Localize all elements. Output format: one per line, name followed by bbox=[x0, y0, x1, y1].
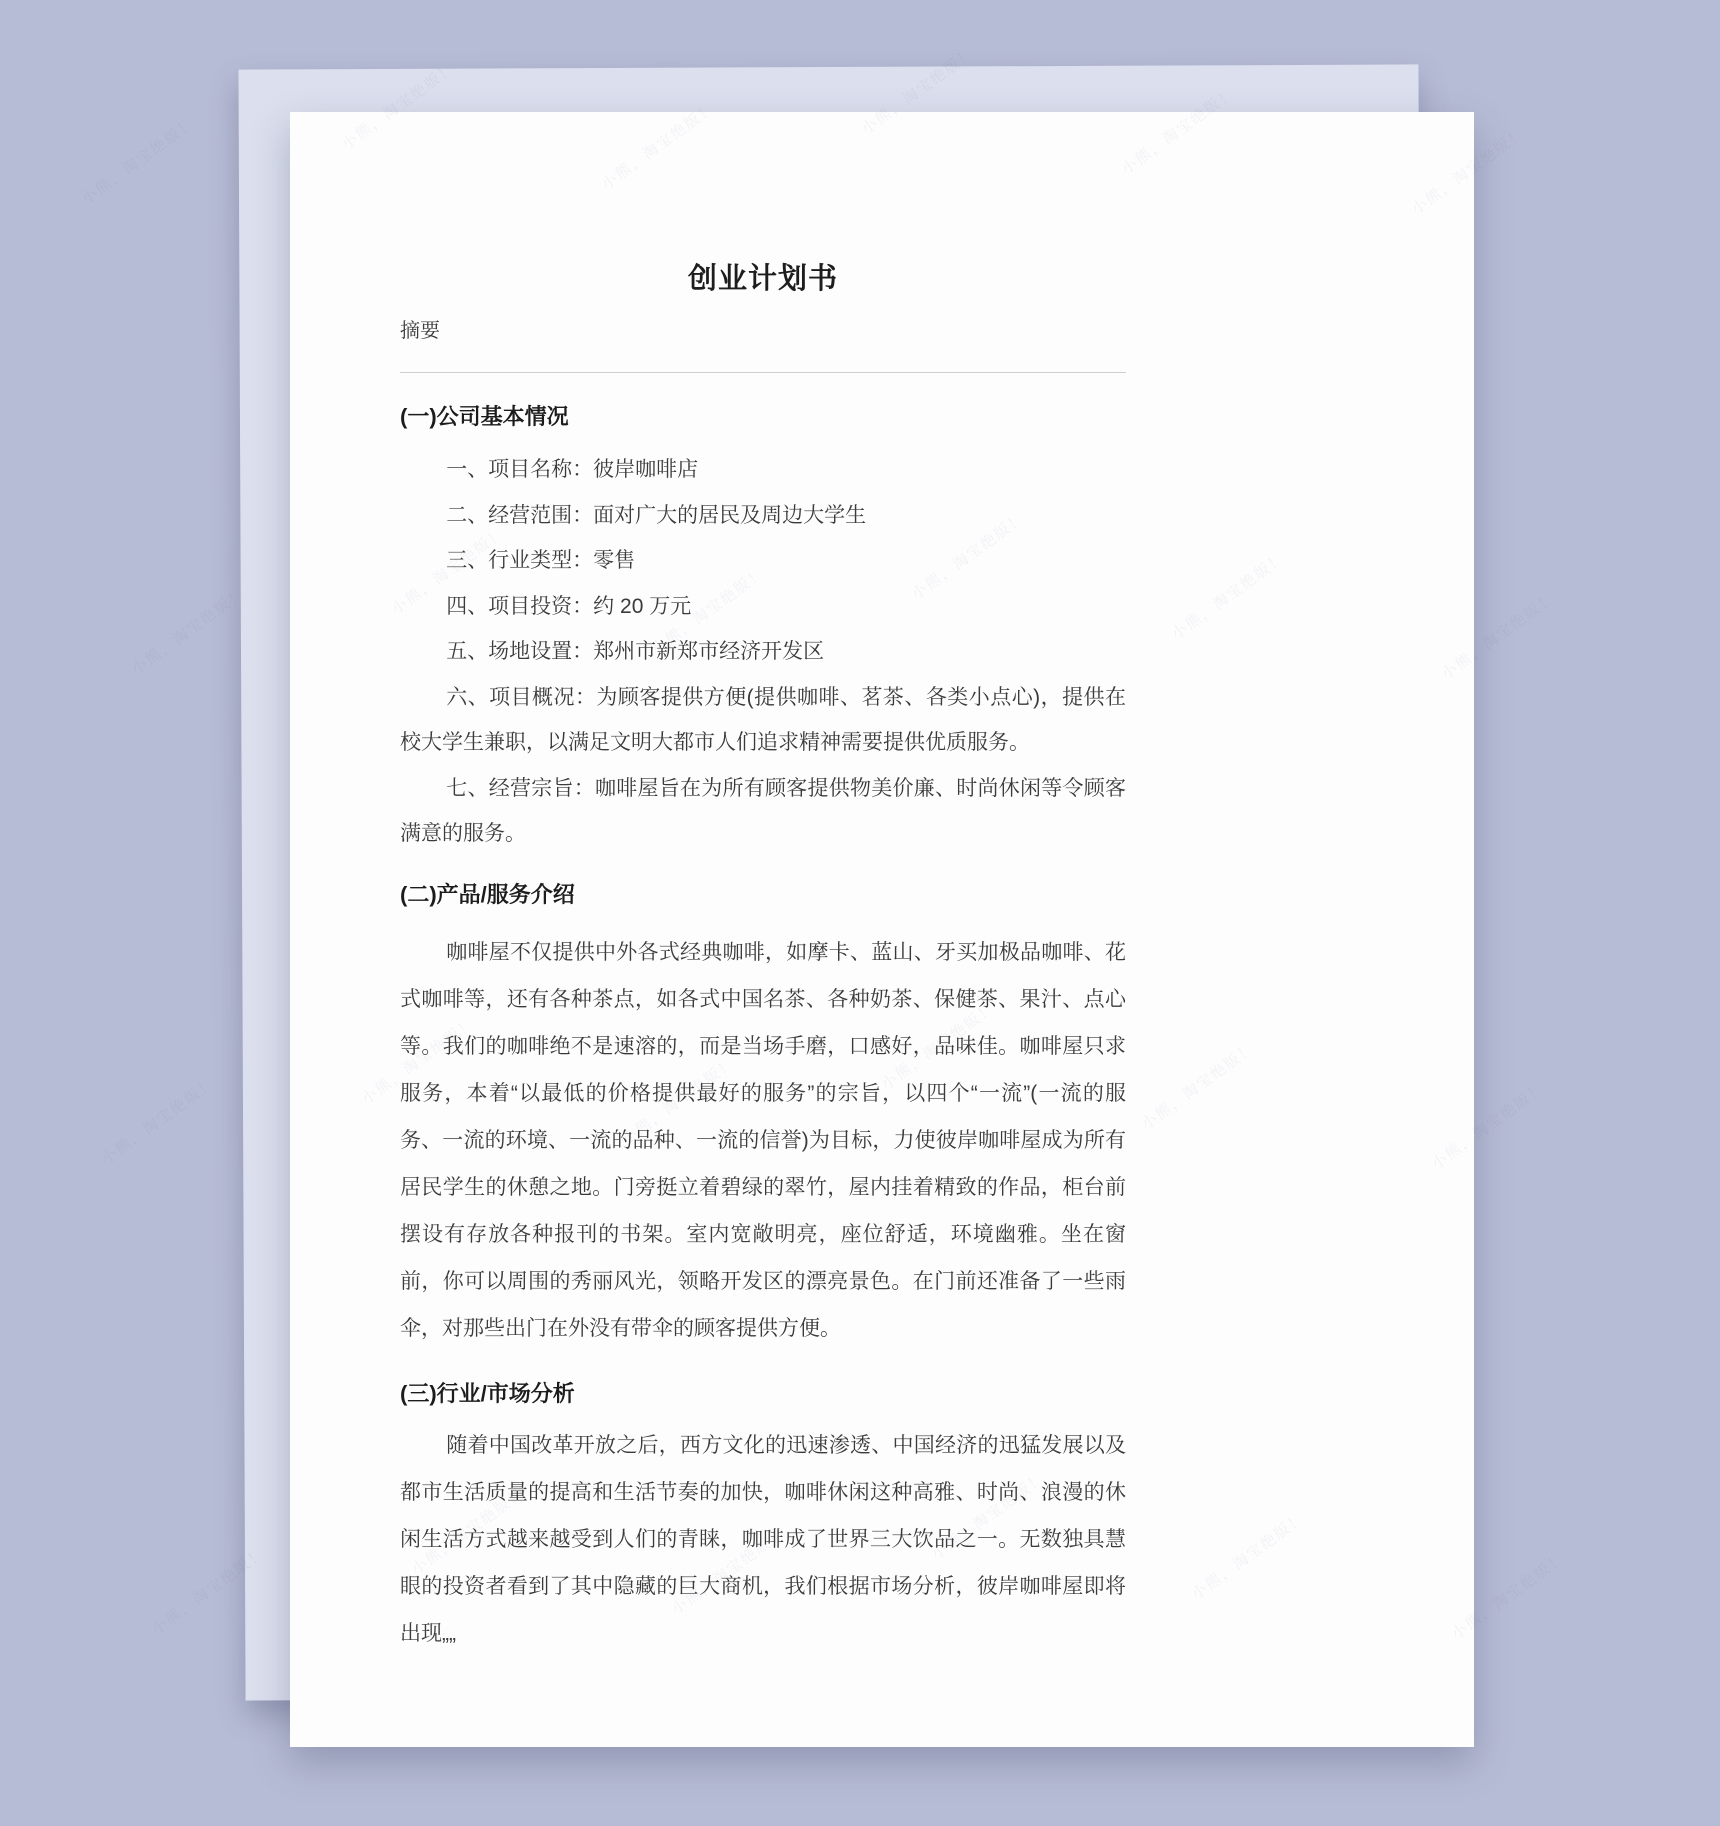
list-item: 四、项目投资：约 20 万元 bbox=[400, 584, 1126, 630]
abstract-label: 摘要 bbox=[400, 316, 1126, 346]
divider-line bbox=[400, 372, 1126, 373]
list-item: 七、经营宗旨：咖啡屋旨在为所有顾客提供物美价廉、时尚休闲等令顾客满意的服务。 bbox=[400, 766, 1126, 857]
section-heading-market-analysis: (三)行业/市场分析 bbox=[400, 1378, 1126, 1410]
document-title: 创业计划书 bbox=[400, 258, 1126, 300]
page-content: 创业计划书 摘要 (一)公司基本情况 一、项目名称：彼岸咖啡店 二、经营范围：面… bbox=[400, 112, 1126, 1657]
list-item: 六、项目概况：为顾客提供方便(提供咖啡、茗茶、各类小点心)，提供在校大学生兼职，… bbox=[400, 675, 1126, 766]
document-preview-canvas: 创业计划书 摘要 (一)公司基本情况 一、项目名称：彼岸咖啡店 二、经营范围：面… bbox=[0, 0, 1720, 1826]
list-item: 五、场地设置：郑州市新郑市经济开发区 bbox=[400, 629, 1126, 675]
list-item: 一、项目名称：彼岸咖啡店 bbox=[400, 447, 1126, 493]
watermark-text: 小熊，淘宝绝版！ bbox=[77, 112, 199, 209]
company-basics-list: 一、项目名称：彼岸咖啡店 二、经营范围：面对广大的居民及周边大学生 三、行业类型… bbox=[400, 447, 1126, 857]
product-service-paragraph: 咖啡屋不仅提供中外各式经典咖啡，如摩卡、蓝山、牙买加极品咖啡、花式咖啡等，还有各… bbox=[400, 929, 1126, 1352]
market-analysis-paragraph: 随着中国改革开放之后，西方文化的迅速渗透、中国经济的迅猛发展以及都市生活质量的提… bbox=[400, 1422, 1126, 1657]
watermark-text: 小熊，淘宝绝版！ bbox=[127, 582, 249, 679]
section-heading-company-basics: (一)公司基本情况 bbox=[400, 401, 1126, 433]
watermark-text: 小熊，淘宝绝版！ bbox=[97, 1072, 219, 1169]
list-item: 三、行业类型：零售 bbox=[400, 538, 1126, 584]
document-page: 创业计划书 摘要 (一)公司基本情况 一、项目名称：彼岸咖啡店 二、经营范围：面… bbox=[290, 112, 1474, 1747]
list-item: 二、经营范围：面对广大的居民及周边大学生 bbox=[400, 493, 1126, 539]
section-heading-product-service: (二)产品/服务介绍 bbox=[400, 879, 1126, 911]
